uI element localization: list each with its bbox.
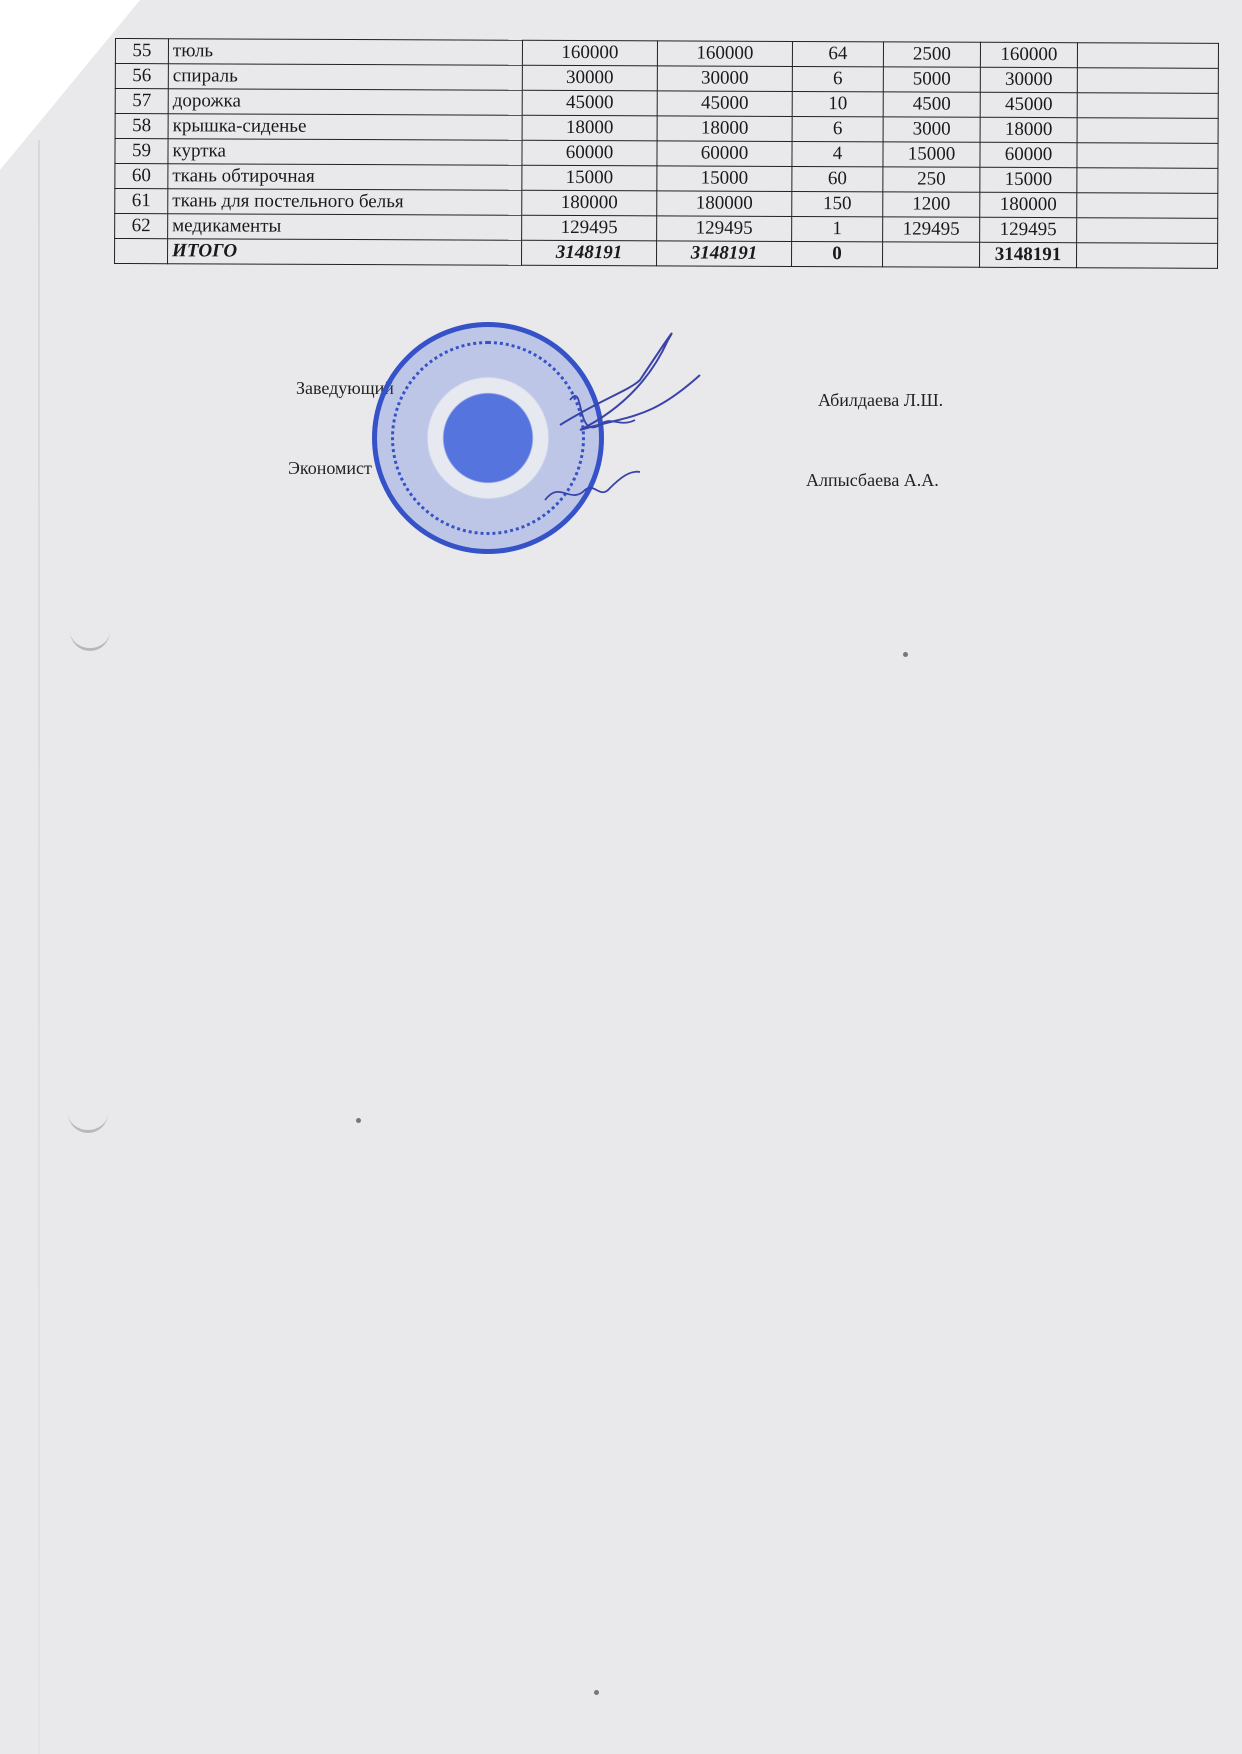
- cell-c2: 45000: [657, 91, 792, 117]
- cell-c5: 30000: [980, 67, 1077, 92]
- economist-signature: [540, 460, 650, 520]
- cell-c4: 250: [883, 167, 980, 192]
- cell-num: 59: [115, 139, 168, 164]
- cell-c4: 15000: [883, 142, 980, 167]
- binder-hole-bottom: [68, 1108, 108, 1133]
- cell-c2: 160000: [657, 41, 792, 67]
- cell-c1: 160000: [522, 40, 657, 66]
- cell-c5: 180000: [980, 192, 1077, 217]
- cell-name: ИТОГО: [168, 239, 522, 266]
- cell-c2: 30000: [657, 66, 792, 92]
- page-fold-shadow: [38, 140, 40, 1754]
- cell-name: медикаменты: [168, 214, 522, 241]
- cell-num: 62: [115, 214, 168, 239]
- cell-c5: 45000: [980, 92, 1077, 117]
- economist-name: Алпысбаева А.А.: [806, 470, 939, 491]
- cell-c1: 60000: [522, 140, 657, 166]
- cell-num: 61: [115, 189, 168, 214]
- cell-name: куртка: [168, 139, 522, 166]
- cell-c3: 10: [792, 91, 883, 116]
- cell-c4: 129495: [883, 217, 980, 242]
- cell-name: ткань для постельного белья: [168, 189, 522, 216]
- cell-num: 55: [115, 39, 168, 64]
- cell-c1: 3148191: [522, 240, 657, 266]
- head-name: Абилдаева Л.Ш.: [818, 390, 943, 411]
- cell-c1: 180000: [522, 190, 657, 216]
- cell-c4: 1200: [883, 192, 980, 217]
- cell-c1: 45000: [522, 90, 657, 116]
- cell-name: тюль: [168, 39, 522, 66]
- cell-c6: [1077, 243, 1218, 269]
- cell-num: 58: [115, 114, 168, 139]
- cell-c1: 30000: [522, 65, 657, 91]
- cell-c3: 0: [792, 241, 883, 266]
- cell-c4: 3000: [883, 117, 980, 142]
- cell-c2: 129495: [657, 216, 792, 242]
- cell-num: 56: [115, 64, 168, 89]
- cell-c4: 4500: [883, 92, 980, 117]
- cell-c5: 60000: [980, 142, 1077, 167]
- total-row: ИТОГО3148191314819103148191: [115, 239, 1218, 269]
- cell-c4: 2500: [883, 42, 980, 67]
- cell-c5: 3148191: [980, 242, 1077, 267]
- cell-c3: 6: [792, 116, 883, 141]
- economist-label: Экономист: [288, 458, 372, 479]
- cell-c6: [1077, 43, 1218, 69]
- cell-c5: 15000: [980, 167, 1077, 192]
- cell-c3: 1: [792, 216, 883, 241]
- cell-c6: [1077, 93, 1218, 119]
- cell-c2: 15000: [657, 166, 792, 192]
- cell-c2: 60000: [657, 141, 792, 167]
- cell-c6: [1077, 118, 1218, 144]
- cell-name: ткань обтирочная: [168, 164, 522, 191]
- cell-c2: 3148191: [657, 241, 792, 267]
- inventory-table: 55тюль16000016000064250016000056спираль3…: [114, 38, 1219, 269]
- cell-c1: 18000: [522, 115, 657, 141]
- cell-c3: 60: [792, 166, 883, 191]
- cell-num: 60: [115, 164, 168, 189]
- cell-c5: 160000: [980, 42, 1077, 67]
- scan-speck: [356, 1118, 361, 1123]
- cell-c3: 150: [792, 191, 883, 216]
- cell-c3: 64: [792, 41, 883, 66]
- cell-c6: [1077, 218, 1218, 244]
- cell-c6: [1077, 68, 1218, 94]
- cell-c1: 15000: [522, 165, 657, 191]
- cell-c5: 129495: [980, 217, 1077, 242]
- cell-c2: 180000: [657, 191, 792, 217]
- scan-speck: [594, 1690, 599, 1695]
- cell-num: 57: [115, 89, 168, 114]
- cell-c4: 5000: [883, 67, 980, 92]
- cell-c3: 4: [792, 141, 883, 166]
- cell-name: спираль: [168, 64, 522, 91]
- cell-c6: [1077, 168, 1218, 194]
- cell-c1: 129495: [522, 215, 657, 241]
- cell-c5: 18000: [980, 117, 1077, 142]
- cell-c3: 6: [792, 66, 883, 91]
- cell-num: [115, 239, 168, 264]
- cell-c6: [1077, 143, 1218, 169]
- cell-name: крышка-сиденье: [168, 114, 522, 141]
- cell-c6: [1077, 193, 1218, 219]
- cell-c4: [883, 242, 980, 267]
- cell-c2: 18000: [657, 116, 792, 142]
- scan-speck: [903, 652, 908, 657]
- cell-name: дорожка: [168, 89, 522, 116]
- binder-hole-top: [70, 626, 110, 651]
